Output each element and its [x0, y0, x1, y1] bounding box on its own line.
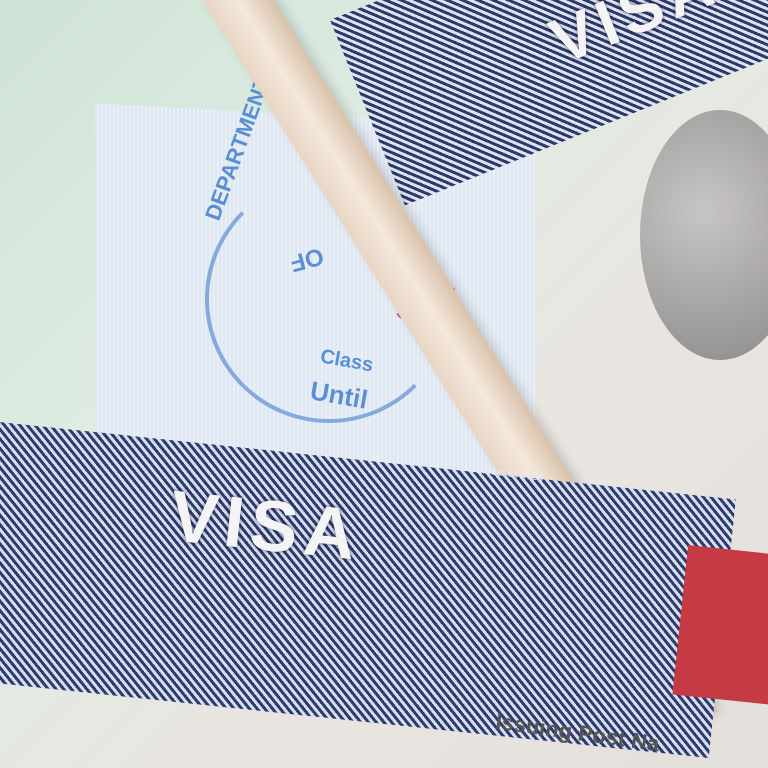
red-seal-patch: [672, 545, 768, 705]
